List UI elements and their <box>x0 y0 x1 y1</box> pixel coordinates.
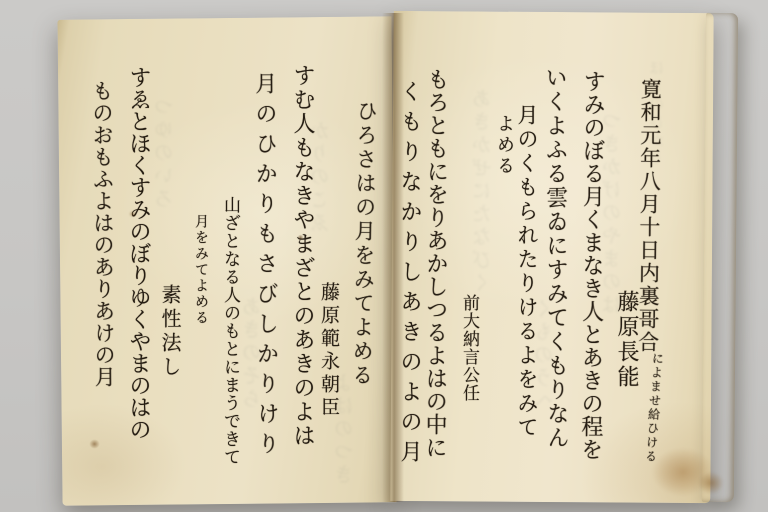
photo-background: つきかげのやまのは あきかぜにたなびく くものうへ ほしのひかり よはのつき あ… <box>0 0 768 512</box>
stain <box>128 210 137 218</box>
poet-name-fujiwara-norinaga: 藤原範永朝臣 <box>316 282 343 420</box>
stain <box>88 438 101 450</box>
waka-column: すゑとほくすみのぼりゆくやまのはの <box>123 66 154 440</box>
headnote-hirosawa-moon: ひろさはの月をみてよめる <box>346 100 381 388</box>
headnote-mountain-village: 山ざとなる人のもとにまうできて <box>218 196 243 466</box>
stain <box>694 468 728 498</box>
waka-column: くもりなかりしあきのよの月 <box>394 80 425 470</box>
waka-column: ものおもふよはのありあけの月 <box>87 80 120 388</box>
poet-name-kinto: 前大納言公任 <box>457 294 482 402</box>
fore-edge-page-stack <box>702 13 738 502</box>
poet-name-fujiwara-nagato: 藤原長能 <box>611 290 642 390</box>
manuscript-book: つきかげのやまのは あきかぜにたなびく くものうへ ほしのひかり よはのつき あ… <box>0 0 768 512</box>
stain <box>297 234 304 241</box>
waka-column: すむ人もなきやまざとのあきのよは <box>287 64 318 448</box>
waka-column: すみのぼる月くまなき人とあきの程を <box>575 70 609 461</box>
poet-name-sosei: 素性法し <box>156 284 185 380</box>
ghost-text: つゆのいろ <box>150 96 179 211</box>
waka-column: 月のひかりもさびしかりけり <box>249 72 283 462</box>
waka-column: いくよふる雲ゐにすみてくもりなん <box>539 66 572 450</box>
headnote-clouded-moon-small: よめる <box>491 114 517 177</box>
headnote-mountain-village-small: 月をみてよめる <box>191 214 211 326</box>
